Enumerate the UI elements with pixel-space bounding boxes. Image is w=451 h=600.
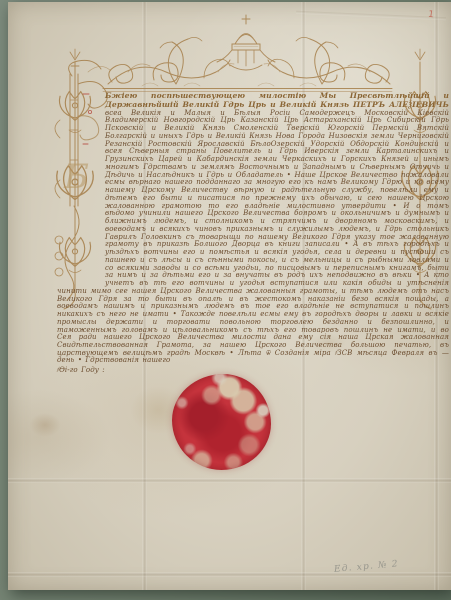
photograph-background: { "palette": { "backing_color": "#71806f… — [0, 0, 451, 600]
charter-opening-line: Бжіею поспѣшествующею милостію Мы Пресвѣ… — [105, 92, 449, 109]
wax-seal — [172, 374, 271, 470]
initial-spacer — [57, 92, 105, 284]
charter-closing-line: ҂Ѳі-го Году : — [57, 367, 197, 375]
charter-text: Бжіею поспѣшествующею милостію Мы Пресвѣ… — [57, 92, 449, 375]
crown-icon — [217, 15, 275, 70]
charter-paper: Б Бжіею поспѣшествующею милостію Мы Прес… — [8, 2, 451, 590]
charter-body-text: всеа Великія и Малыя и Бѣлыя Росіи Самод… — [57, 109, 449, 334]
charter-dating-clause: Сея ради нашего Црского Величества милос… — [57, 334, 449, 365]
charter-body: Бжіею поспѣшествующею милостію Мы Пресвѣ… — [57, 92, 449, 333]
headpiece-foliage — [108, 37, 390, 86]
